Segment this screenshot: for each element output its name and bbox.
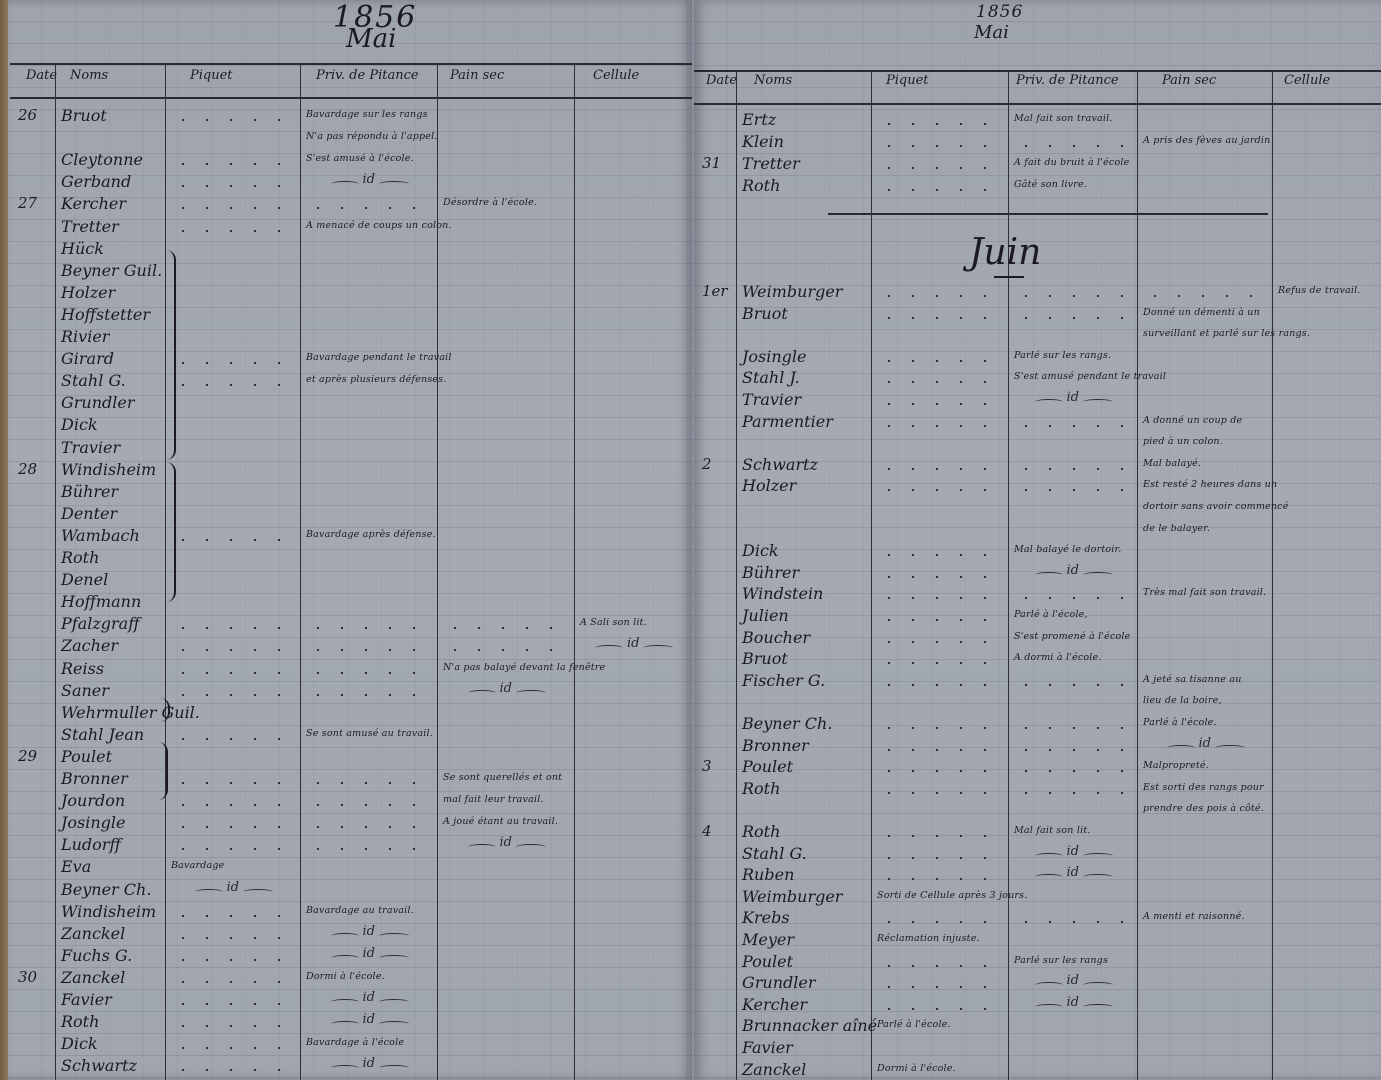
leader-dots xyxy=(877,381,1000,383)
ditto-mark: id xyxy=(227,880,239,895)
entry-name: Zanckel xyxy=(61,968,125,987)
entry-pain-sec: prendre des pois à côté. xyxy=(1143,803,1264,814)
ditto-mark: id xyxy=(363,172,375,187)
entry-name: Travier xyxy=(61,438,120,457)
entry-name: Julien xyxy=(742,606,789,625)
leader-dots xyxy=(877,317,1000,319)
entry-name: Weimburger xyxy=(742,282,842,301)
column-divider xyxy=(736,70,737,1080)
entry-pain-sec: lieu de la boire, xyxy=(1143,695,1222,706)
entry-pain-sec: de le balayer. xyxy=(1143,523,1210,534)
entry-name: Hoffstetter xyxy=(61,305,150,324)
leader-dots xyxy=(1014,295,1129,297)
header-piquet: Piquet xyxy=(886,73,929,88)
entry-name: Dick xyxy=(61,1034,98,1053)
leader-dots xyxy=(171,1069,292,1071)
header-top-rule xyxy=(10,63,692,65)
leader-dots xyxy=(171,782,292,784)
entry-name: Beyner Guil. xyxy=(61,261,162,280)
entry-pitance: S'est promené à l'école xyxy=(1014,631,1130,642)
header-names: Noms xyxy=(70,68,108,83)
entry-pitance: Bavardage au travail. xyxy=(306,905,414,916)
entry-pain-sec: Mal balayé. xyxy=(1143,458,1201,469)
entry-date: 4 xyxy=(702,822,712,840)
leader-dots xyxy=(171,694,292,696)
entry-name: Favier xyxy=(61,990,112,1009)
leader-dots xyxy=(171,804,292,806)
entry-name: Eva xyxy=(61,857,91,876)
leader-dots xyxy=(877,295,1000,297)
leader-dots xyxy=(1014,770,1129,772)
entry-date: 1er xyxy=(702,282,728,300)
entry-name: Grundler xyxy=(742,973,816,992)
leader-dots xyxy=(171,230,292,232)
ditto-mark: id xyxy=(363,946,375,961)
entry-pitance: Mal balayé le dortoir. xyxy=(1014,544,1121,555)
leader-dots xyxy=(1014,727,1129,729)
header-cellule: Cellule xyxy=(1284,73,1330,88)
leader-dots xyxy=(1143,295,1264,297)
entry-name: Bührer xyxy=(742,563,799,582)
entry-name: Denel xyxy=(61,570,108,589)
leader-dots xyxy=(171,915,292,917)
leader-dots xyxy=(877,641,1000,643)
leader-dots xyxy=(171,937,292,939)
header-date: Date xyxy=(26,68,57,83)
leader-dots xyxy=(171,362,292,364)
entry-name: Rivier xyxy=(61,327,109,346)
entry-name: Denter xyxy=(61,504,117,523)
column-divider xyxy=(300,63,301,1080)
column-divider xyxy=(1008,70,1009,1080)
leader-dots xyxy=(877,489,1000,491)
leader-dots xyxy=(443,649,566,651)
entry-name: Wehrmuller Guil. xyxy=(61,703,200,722)
leader-dots xyxy=(877,921,1000,923)
entry-pain-sec: Est resté 2 heures dans un xyxy=(1143,479,1277,490)
entry-name: Hoffmann xyxy=(61,592,141,611)
ledger-spread: 1856 Mai Date Noms Piquet Priv. de Pitan… xyxy=(0,0,1381,1080)
leader-dots xyxy=(877,835,1000,837)
section-heading-juin: Juin xyxy=(969,232,1041,273)
page-month: Mai xyxy=(346,24,396,54)
leader-dots xyxy=(877,727,1000,729)
month-end-rule xyxy=(828,213,1268,215)
entry-name: Saner xyxy=(61,681,109,700)
leader-dots xyxy=(171,627,292,629)
leader-dots xyxy=(171,826,292,828)
leader-dots xyxy=(443,627,566,629)
entry-date: 29 xyxy=(18,747,37,765)
leader-dots xyxy=(877,145,1000,147)
header-names: Noms xyxy=(754,73,792,88)
leader-dots xyxy=(877,662,1000,664)
leader-dots xyxy=(306,694,429,696)
leader-dots xyxy=(877,167,1000,169)
entry-name: Bruot xyxy=(742,304,788,323)
ditto-mark: id xyxy=(500,681,512,696)
entry-piquet: Dormi à l'école. xyxy=(877,1063,956,1074)
entry-name: Travier xyxy=(742,390,801,409)
entry-name: Bronner xyxy=(61,769,128,788)
column-divider xyxy=(55,63,56,1080)
leader-dots xyxy=(877,792,1000,794)
entry-name: Stahl G. xyxy=(742,844,807,863)
entry-pitance: Parlé à l'école, xyxy=(1014,609,1088,620)
entry-pitance: S'est amusé pendant le travail xyxy=(1014,371,1166,382)
leader-dots xyxy=(1014,425,1129,427)
entry-pain-sec: A menti et raisonné. xyxy=(1143,911,1245,922)
leader-dots xyxy=(306,207,429,209)
ditto-mark: id xyxy=(363,990,375,1005)
group-brace xyxy=(166,462,176,602)
entry-name: Hück xyxy=(61,239,104,258)
entry-name: Windisheim xyxy=(61,902,156,921)
page-month: Mai xyxy=(974,22,1009,43)
leader-dots xyxy=(877,360,1000,362)
leader-dots xyxy=(306,782,429,784)
leader-dots xyxy=(306,627,429,629)
leader-dots xyxy=(171,185,292,187)
entry-date: 2 xyxy=(702,455,712,473)
book-edge xyxy=(0,0,8,1080)
ditto-mark: id xyxy=(363,924,375,939)
leader-dots xyxy=(171,1003,292,1005)
header-pitance: Priv. de Pitance xyxy=(316,68,419,83)
entry-pitance: Dormi à l'école. xyxy=(306,971,385,982)
entry-pain-sec: A jeté sa tisanne au xyxy=(1143,674,1242,685)
right-page: 1856 Mai Date Noms Piquet Priv. de Pitan… xyxy=(694,0,1381,1080)
entry-name: Dick xyxy=(61,415,98,434)
column-divider xyxy=(1137,70,1138,1080)
leader-dots xyxy=(877,684,1000,686)
page-year: 1856 xyxy=(976,2,1023,22)
entry-piquet: Parlé à l'école. xyxy=(877,1019,951,1030)
entry-name: Schwartz xyxy=(61,1056,137,1075)
entry-name: Boucher xyxy=(742,628,810,647)
entry-name: Windisheim xyxy=(61,460,156,479)
leader-dots xyxy=(877,403,1000,405)
ditto-mark: id xyxy=(1067,865,1079,880)
leader-dots xyxy=(1014,749,1129,751)
entry-pitance: Parlé sur les rangs xyxy=(1014,955,1108,966)
entry-name: Beyner Ch. xyxy=(742,714,832,733)
entry-name: Bruot xyxy=(61,106,107,125)
entry-name: Roth xyxy=(61,1012,99,1031)
ditto-mark: id xyxy=(1067,995,1079,1010)
header-pain-sec: Pain sec xyxy=(450,68,504,83)
leader-dots xyxy=(877,468,1000,470)
entry-name: Holzer xyxy=(742,476,796,495)
leader-dots xyxy=(1014,921,1129,923)
leader-dots xyxy=(1014,684,1129,686)
leader-dots xyxy=(306,649,429,651)
ditto-mark: id xyxy=(500,835,512,850)
entry-pain-sec: dortoir sans avoir commencé xyxy=(1143,501,1289,512)
entry-name: Josingle xyxy=(742,347,807,366)
header-piquet: Piquet xyxy=(190,68,233,83)
leader-dots xyxy=(877,878,1000,880)
entry-name: Jourdon xyxy=(61,791,125,810)
entry-name: Zacher xyxy=(61,636,118,655)
entry-name: Wambach xyxy=(61,526,140,545)
ditto-mark: id xyxy=(627,636,639,651)
leader-dots xyxy=(1014,792,1129,794)
entry-name: Reiss xyxy=(61,659,104,678)
entry-date: 31 xyxy=(702,154,721,172)
entry-pitance: et après plusieurs défenses. xyxy=(306,374,447,385)
entry-name: Gerband xyxy=(61,172,131,191)
entry-name: Holzer xyxy=(61,283,115,302)
entry-name: Fischer G. xyxy=(742,671,825,690)
leader-dots xyxy=(877,425,1000,427)
left-page: 1856 Mai Date Noms Piquet Priv. de Pitan… xyxy=(8,0,692,1080)
header-date: Date xyxy=(706,73,737,88)
entry-name: Zanckel xyxy=(61,924,125,943)
entry-cellule: A Sali son lit. xyxy=(580,617,647,628)
entry-date: 26 xyxy=(18,106,37,124)
entry-name: Stahl Jean xyxy=(61,725,144,744)
entry-name: Stahl G. xyxy=(61,371,126,390)
entry-name: Roth xyxy=(742,779,780,798)
leader-dots xyxy=(877,189,1000,191)
entry-name: Josingle xyxy=(61,813,126,832)
entry-name: Meyer xyxy=(742,930,794,949)
entry-name: Poulet xyxy=(61,747,112,766)
entry-piquet: Réclamation injuste. xyxy=(877,933,980,944)
entry-name: Krebs xyxy=(742,908,790,927)
entry-pain-sec: pied à un colon. xyxy=(1143,436,1223,447)
leader-dots xyxy=(1014,597,1129,599)
entry-pitance: Bavardage à l'école xyxy=(306,1037,404,1048)
column-divider xyxy=(1272,70,1273,1080)
entry-pain-sec: Se sont querellés et ont xyxy=(443,772,562,783)
leader-dots xyxy=(877,965,1000,967)
leader-dots xyxy=(171,539,292,541)
entry-pain-sec: Désordre à l'école. xyxy=(443,197,537,208)
entry-pitance: Bavardage après défense. xyxy=(306,529,436,540)
entry-name: Zanckel xyxy=(742,1060,806,1079)
entry-name: Ruben xyxy=(742,865,794,884)
header-pitance: Priv. de Pitance xyxy=(1016,73,1119,88)
entry-name: Klein xyxy=(742,132,784,151)
ditto-mark: id xyxy=(363,1012,375,1027)
entry-name: Ludorff xyxy=(61,835,121,854)
leader-dots xyxy=(171,959,292,961)
entry-date: 27 xyxy=(18,194,37,212)
entry-pitance: A menacé de coups un colon. xyxy=(306,220,452,231)
leader-dots xyxy=(877,770,1000,772)
entry-pitance: A fait du bruit à l'école xyxy=(1014,157,1129,168)
header-pain-sec: Pain sec xyxy=(1162,73,1216,88)
ditto-mark: id xyxy=(363,1056,375,1071)
entry-name: Kercher xyxy=(742,995,807,1014)
leader-dots xyxy=(306,848,429,850)
leader-dots xyxy=(171,738,292,740)
entry-pain-sec: A donné un coup de xyxy=(1143,415,1242,426)
entry-pitance: Bavardage sur les rangs xyxy=(306,109,428,120)
group-brace xyxy=(166,250,176,460)
entry-name: Poulet xyxy=(742,757,793,776)
leader-dots xyxy=(1014,145,1129,147)
entry-pain-sec: Donné un démenti à un xyxy=(1143,307,1260,318)
entry-name: Parmentier xyxy=(742,412,833,431)
entry-name: Schwartz xyxy=(742,455,818,474)
entry-pain-sec: A joué étant au travail. xyxy=(443,816,558,827)
leader-dots xyxy=(877,554,1000,556)
leader-dots xyxy=(306,826,429,828)
entry-name: Weimburger xyxy=(742,887,842,906)
entry-cellule: Refus de travail. xyxy=(1278,285,1361,296)
entry-name: Girard xyxy=(61,349,114,368)
entry-name: Favier xyxy=(742,1038,793,1057)
entry-name: Windstein xyxy=(742,584,823,603)
entry-pitance: Parlé sur les rangs. xyxy=(1014,350,1111,361)
ditto-mark: id xyxy=(1067,973,1079,988)
entry-pitance: Mal fait son travail. xyxy=(1014,113,1113,124)
column-divider xyxy=(574,63,575,1080)
entry-name: Grundler xyxy=(61,393,135,412)
ditto-mark: id xyxy=(1067,390,1079,405)
header-bottom-rule xyxy=(10,97,692,99)
leader-dots xyxy=(171,384,292,386)
header-bottom-rule xyxy=(694,103,1381,105)
entry-pitance: Bavardage pendant le travail xyxy=(306,352,452,363)
entry-pitance: A dormi à l'école. xyxy=(1014,652,1102,663)
leader-dots xyxy=(877,749,1000,751)
leader-dots xyxy=(306,672,429,674)
entry-pitance: N'a pas répondu à l'appel. xyxy=(306,131,438,142)
entry-piquet: Sorti de Cellule après 3 jours. xyxy=(877,890,1027,901)
entry-name: Roth xyxy=(742,176,780,195)
entry-date: 3 xyxy=(702,757,712,775)
column-divider xyxy=(437,63,438,1080)
entry-name: Cleytonne xyxy=(61,150,143,169)
entry-name: Bronner xyxy=(742,736,809,755)
entry-date: 28 xyxy=(18,460,37,478)
leader-dots xyxy=(877,576,1000,578)
ditto-mark: id xyxy=(1199,736,1211,751)
entry-name: Brunnacker aîné xyxy=(742,1016,877,1035)
entry-name: Beyner Ch. xyxy=(61,880,151,899)
leader-dots xyxy=(171,672,292,674)
column-divider xyxy=(871,70,872,1080)
entry-pitance: S'est amusé à l'école. xyxy=(306,153,414,164)
header-cellule: Cellule xyxy=(593,68,639,83)
leader-dots xyxy=(877,123,1000,125)
entry-name: Roth xyxy=(742,822,780,841)
entry-piquet: Bavardage xyxy=(171,860,224,871)
leader-dots xyxy=(1014,317,1129,319)
leader-dots xyxy=(171,649,292,651)
entry-pain-sec: surveillant et parlé sur les rangs. xyxy=(1143,328,1310,339)
entry-pain-sec: A pris des fèves au jardin xyxy=(1143,135,1270,146)
entry-pain-sec: Parlé à l'école. xyxy=(1143,717,1217,728)
entry-name: Ertz xyxy=(742,110,776,129)
entry-name: Pfalzgraff xyxy=(61,614,140,633)
entry-name: Tretter xyxy=(742,154,800,173)
leader-dots xyxy=(877,986,1000,988)
entry-pain-sec: Très mal fait son travail. xyxy=(1143,587,1266,598)
entry-name: Bruot xyxy=(742,649,788,668)
entry-pitance: Gâté son livre. xyxy=(1014,179,1087,190)
ditto-mark: id xyxy=(1067,563,1079,578)
entry-pain-sec: N'a pas balayé devant la fenêtre xyxy=(443,662,605,673)
leader-dots xyxy=(306,804,429,806)
entry-date: 30 xyxy=(18,968,37,986)
entry-name: Fuchs G. xyxy=(61,946,132,965)
leader-dots xyxy=(877,857,1000,859)
entry-pain-sec: Est sorti des rangs pour xyxy=(1143,782,1264,793)
leader-dots xyxy=(1014,489,1129,491)
ditto-mark: id xyxy=(1067,844,1079,859)
header-top-rule xyxy=(694,70,1381,72)
entry-name: Kercher xyxy=(61,194,126,213)
leader-dots xyxy=(877,597,1000,599)
entry-name: Poulet xyxy=(742,952,793,971)
entry-name: Dick xyxy=(742,541,779,560)
entry-pain-sec: mal fait leur travail. xyxy=(443,794,544,805)
entry-name: Stahl J. xyxy=(742,368,800,387)
entry-name: Tretter xyxy=(61,217,119,236)
leader-dots xyxy=(1014,468,1129,470)
leader-dots xyxy=(877,619,1000,621)
heading-underline xyxy=(994,276,1024,278)
leader-dots xyxy=(171,981,292,983)
leader-dots xyxy=(171,163,292,165)
leader-dots xyxy=(877,1008,1000,1010)
entry-name: Roth xyxy=(61,548,99,567)
entry-name: Bührer xyxy=(61,482,118,501)
leader-dots xyxy=(171,1025,292,1027)
leader-dots xyxy=(171,1047,292,1049)
entry-pain-sec: Malpropreté. xyxy=(1143,760,1209,771)
entry-pitance: Mal fait son lit. xyxy=(1014,825,1091,836)
leader-dots xyxy=(171,207,292,209)
leader-dots xyxy=(171,119,292,121)
group-brace xyxy=(158,742,168,800)
entry-pitance: Se sont amusé au travail. xyxy=(306,728,433,739)
leader-dots xyxy=(171,848,292,850)
